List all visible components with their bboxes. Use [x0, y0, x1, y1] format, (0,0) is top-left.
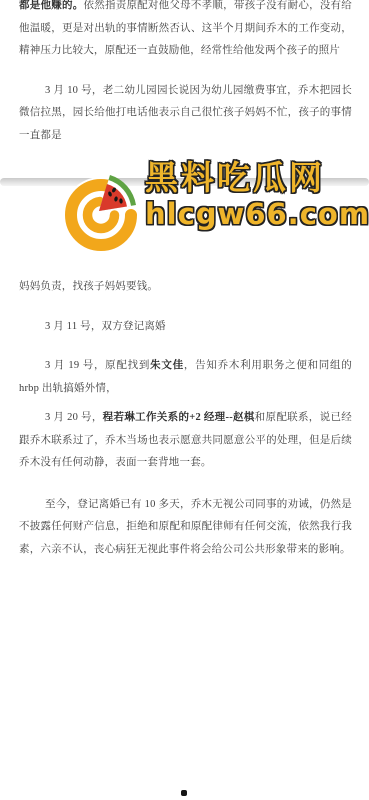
article-content: 都是他赚的。依然指责原配对他父母不孝顺，带孩子没有耐心，没有给他温暖，更是对出轨… — [0, 0, 369, 561]
paragraph: 3 月 20 号，程若琳工作关系的+2 经理--赵棋和原配联系，说已经跟乔木联系… — [19, 407, 352, 475]
document-page: { "colors": { "brand_gold": "#EFB52B", "… — [0, 0, 369, 800]
paragraph: 都是他赚的。依然指责原配对他父母不孝顺，带孩子没有耐心，没有给他温暖，更是对出轨… — [19, 0, 352, 63]
paragraph: 至今，登记离婚已有 10 多天，乔木无视公司同事的劝诫，仍然是不披露任何财产信息… — [19, 494, 352, 562]
text-run: 3 月 20 号， — [45, 412, 103, 423]
text-run: 3 月 11 号，双方登记离婚 — [45, 321, 166, 332]
text-run: 妈妈负责，找孩子妈妈要钱。 — [19, 281, 158, 292]
bold-text: 程若琳工作关系的+2 经理--赵棋 — [103, 412, 255, 423]
paragraph: 妈妈负责，找孩子妈妈要钱。 — [19, 276, 352, 299]
watermark-text: 黑料吃瓜网 hlcgw66.com — [145, 159, 369, 230]
watermelon-c-logo-icon — [63, 161, 141, 265]
article-body-bottom: 妈妈负责，找孩子妈妈要钱。3 月 11 号，双方登记离婚3 月 19 号，原配找… — [19, 276, 352, 561]
paragraph: 3 月 11 号，双方登记离婚 — [19, 316, 352, 339]
paragraph: 3 月 19 号，原配找到朱文佳，告知乔木利用职务之便和同组的 hrbp 出轨搞… — [19, 355, 352, 400]
bold-text: 朱文佳 — [150, 360, 184, 371]
article-body-top: 都是他赚的。依然指责原配对他父母不孝顺，带孩子没有耐心，没有给他温暖，更是对出轨… — [19, 0, 352, 147]
paragraph: 3 月 10 号，老二幼儿园园长说因为幼儿园缴费事宜，乔木把园长微信拉黑，园长给… — [19, 80, 352, 148]
page-indicator-dot — [181, 790, 187, 796]
text-run: 3 月 19 号，原配找到 — [45, 360, 150, 371]
site-watermark: 黑料吃瓜网 hlcgw66.com — [19, 159, 352, 259]
site-url: hlcgw66.com — [145, 198, 369, 230]
text-run: 3 月 10 号，老二幼儿园园长说因为幼儿园缴费事宜，乔木把园长微信拉黑，园长给… — [19, 85, 352, 141]
text-run: 至今，登记离婚已有 10 多天，乔木无视公司同事的劝诫，仍然是不披露任何财产信息… — [19, 499, 352, 555]
site-name: 黑料吃瓜网 — [145, 159, 369, 197]
bold-text: 都是他赚的。 — [19, 0, 83, 11]
